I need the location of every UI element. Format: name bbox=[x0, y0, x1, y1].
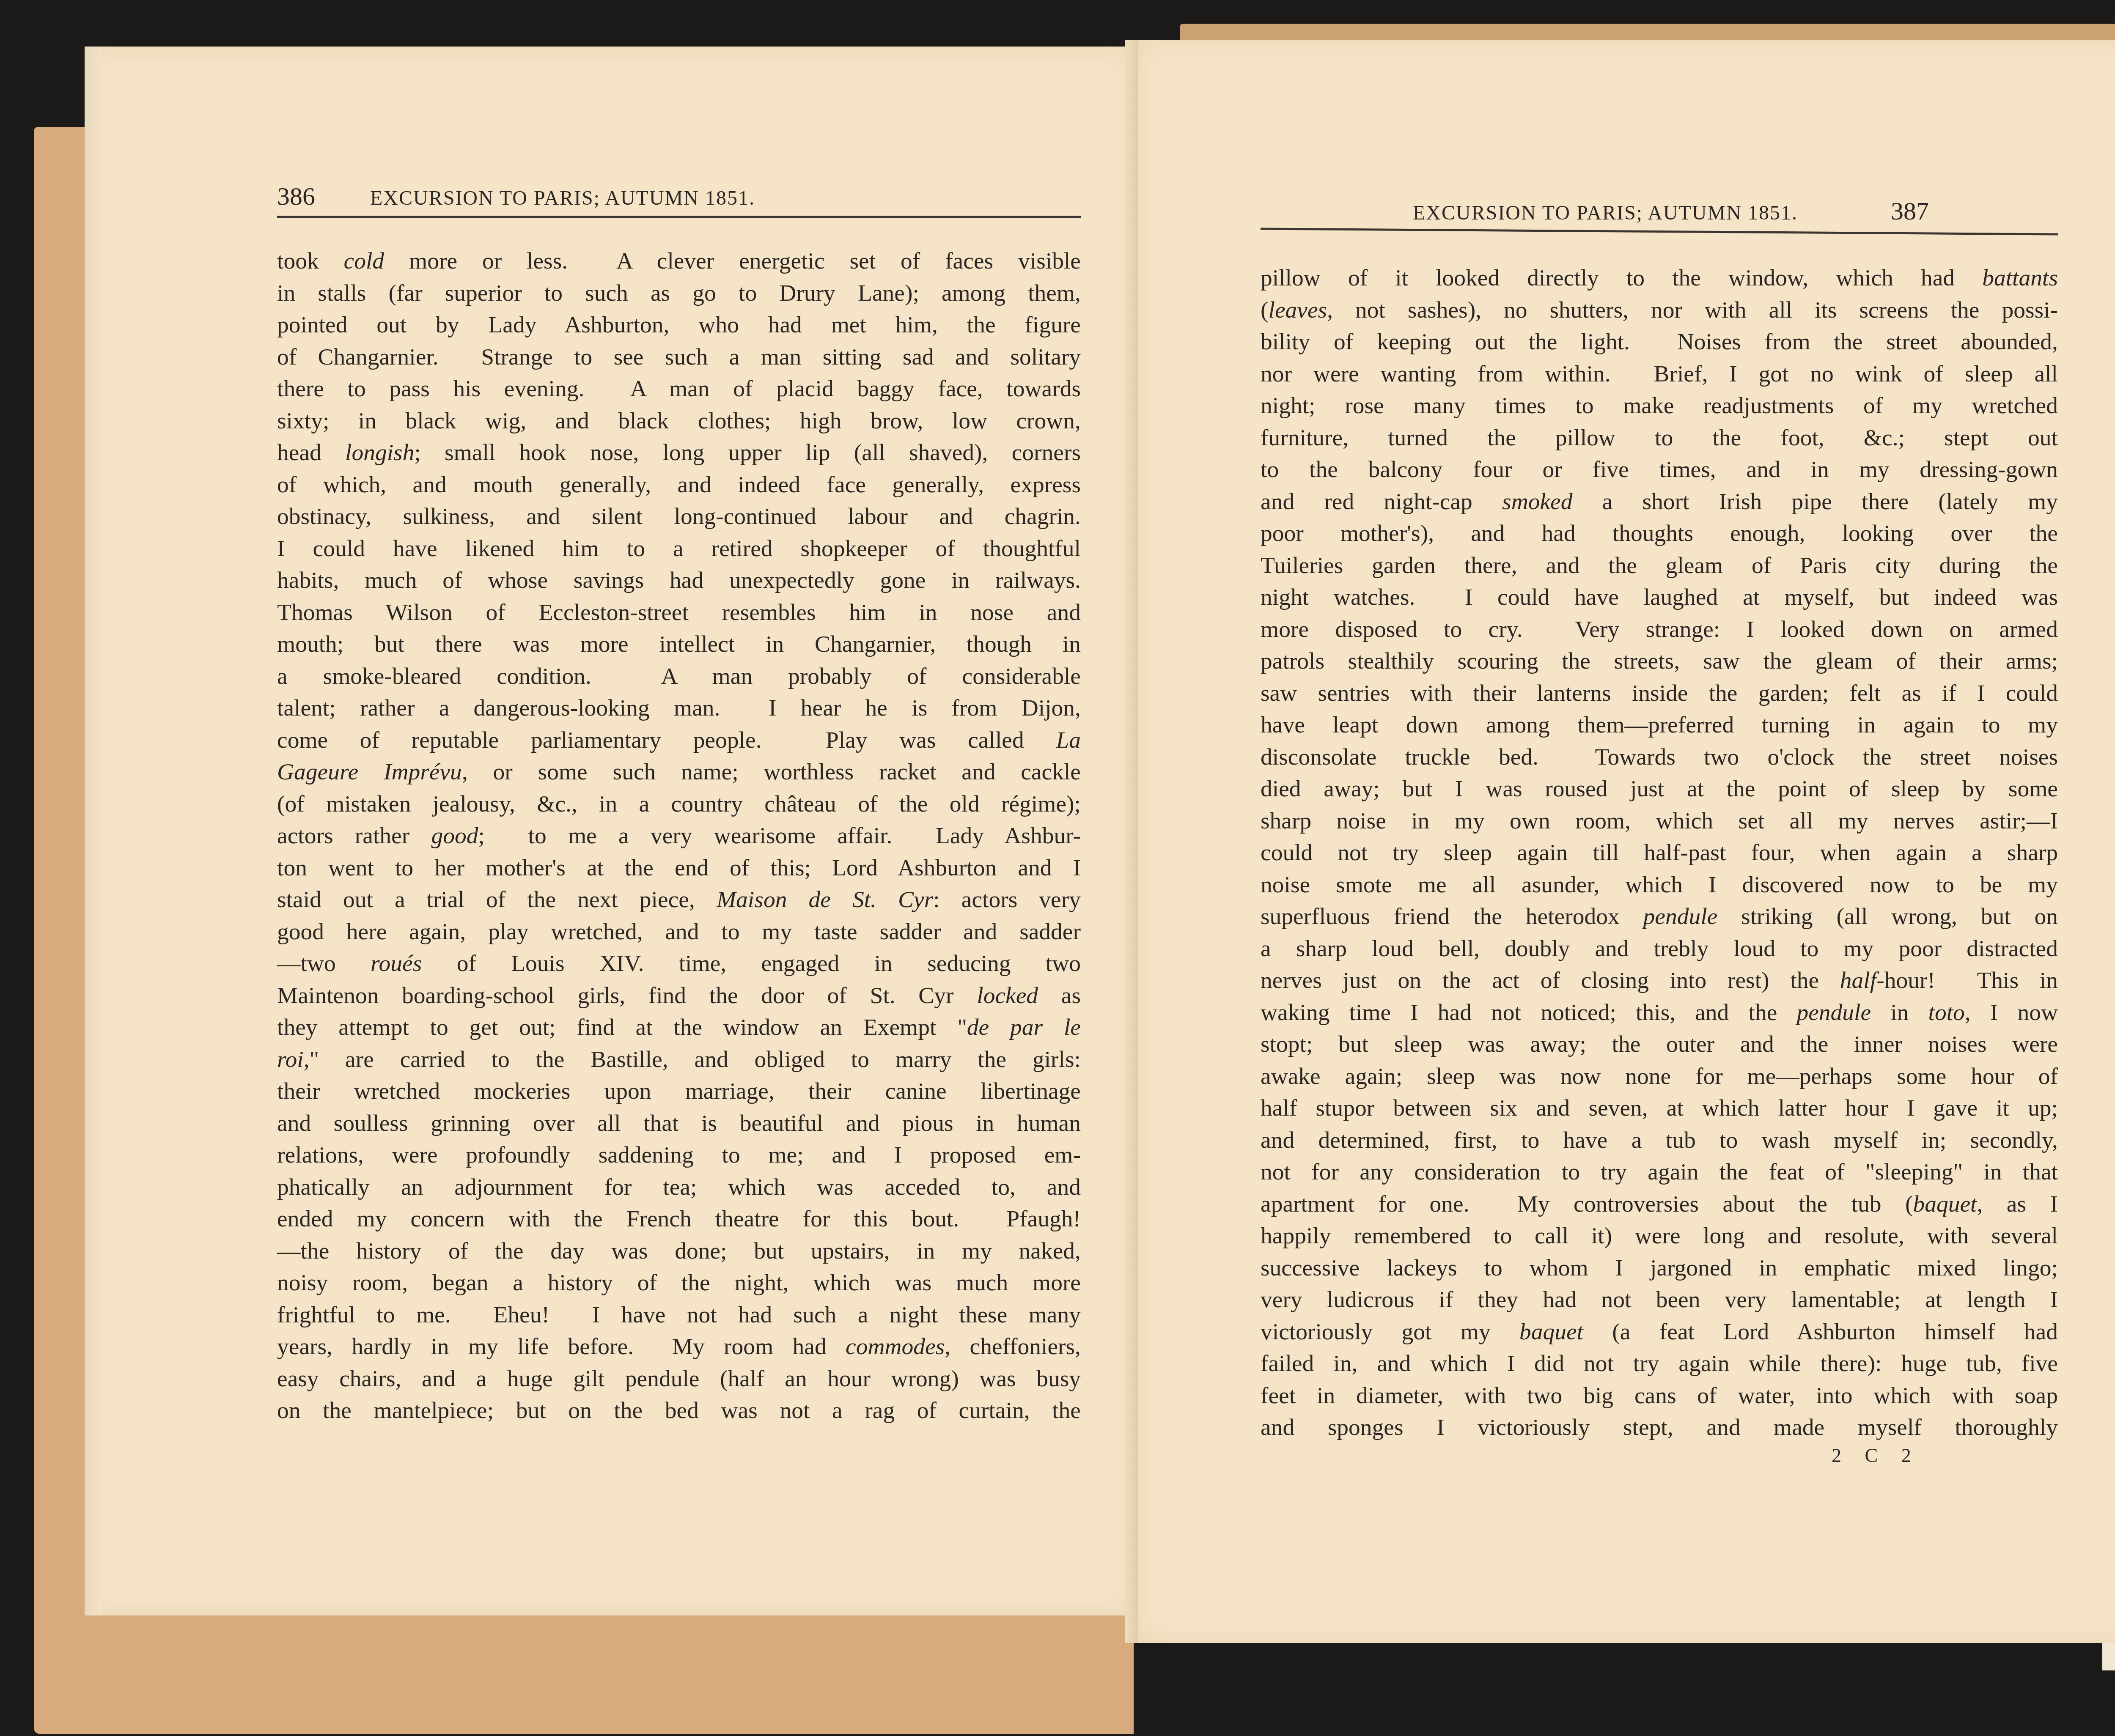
text-segment: poor mother's), and had thoughts enough,… bbox=[1261, 521, 2058, 546]
text-line: and determined, first, to have a tub to … bbox=[1261, 1124, 2058, 1157]
text-line: saw sentries with their lanterns inside … bbox=[1261, 677, 2058, 710]
text-segment: , as I bbox=[1977, 1191, 2058, 1217]
italic-text: pendule bbox=[1796, 1000, 1871, 1026]
text-line: noise smote me all asunder, which I disc… bbox=[1261, 869, 2058, 901]
text-line: ended my concern with the French theatre… bbox=[277, 1203, 1081, 1235]
text-segment: superfluous friend the heterodox bbox=[1261, 904, 1643, 930]
text-segment: could not try sleep again till half-past… bbox=[1261, 840, 2058, 866]
text-line: more disposed to cry. Very strange: I lo… bbox=[1261, 614, 2058, 646]
text-segment: years, hardly in my life before. My room… bbox=[277, 1334, 846, 1360]
italic-text: locked bbox=[977, 983, 1038, 1009]
text-line: a smoke-bleared condition. A man probabl… bbox=[277, 661, 1081, 693]
text-line: night; rose many times to make readjustm… bbox=[1261, 390, 2058, 422]
text-line: could not try sleep again till half-past… bbox=[1261, 837, 2058, 869]
text-line: good here again, play wretched, and to m… bbox=[277, 916, 1081, 948]
text-segment: habits, much of whose savings had unexpe… bbox=[277, 568, 1081, 593]
text-line: patrols stealthily scouring the streets,… bbox=[1261, 645, 2058, 677]
text-line: waking time I had not noticed; this, and… bbox=[1261, 997, 2058, 1029]
text-line: mouth; but there was more intellect in C… bbox=[277, 628, 1081, 661]
text-segment: come of reputable parliamentary people. … bbox=[277, 727, 1056, 753]
text-segment: failed in, and which I did not try again… bbox=[1261, 1351, 2058, 1377]
text-line: staid out a trial of the next piece, Mai… bbox=[277, 884, 1081, 916]
text-line: have leapt down among them—preferred tur… bbox=[1261, 709, 2058, 741]
text-line: stopt; but sleep was away; the outer and… bbox=[1261, 1028, 2058, 1061]
text-segment: —the history of the day was done; but up… bbox=[277, 1238, 1081, 1264]
text-line: successive lackeys to whom I jargoned in… bbox=[1261, 1252, 2058, 1284]
text-segment: awake again; sleep was now none for me—p… bbox=[1261, 1064, 2058, 1089]
text-segment: easy chairs, and a huge gilt pendule (ha… bbox=[277, 1366, 1081, 1392]
text-segment: and red night-cap bbox=[1261, 489, 1502, 515]
text-segment: of Changarnier. Strange to see such a ma… bbox=[277, 344, 1081, 370]
italic-text: La bbox=[1056, 727, 1081, 753]
text-segment: (a feat Lord Ashburton himself had bbox=[1583, 1319, 2058, 1345]
text-segment: head bbox=[277, 440, 345, 466]
left-page-body: took cold more or less. A clever energet… bbox=[277, 245, 1081, 1427]
text-segment: ; to me a very wearisome affair. Lady As… bbox=[478, 823, 1081, 849]
text-segment: talent; rather a dangerous-looking man. … bbox=[277, 695, 1081, 721]
text-segment: victoriously got my bbox=[1261, 1319, 1519, 1345]
page-number: 387 bbox=[1891, 197, 1929, 226]
text-line: habits, much of whose savings had unexpe… bbox=[277, 565, 1081, 597]
italic-text: pendule bbox=[1643, 904, 1718, 930]
text-segment: I could have likened him to a retired sh… bbox=[277, 536, 1081, 562]
text-segment: disconsolate truckle bed. Towards two o'… bbox=[1261, 744, 2058, 770]
text-segment: phatically an adjournment for tea; which… bbox=[277, 1174, 1081, 1200]
text-line: obstinacy, sulkiness, and silent long-co… bbox=[277, 501, 1081, 533]
text-segment: noisy room, began a history of the night… bbox=[277, 1270, 1081, 1296]
text-segment: relations, were profoundly saddening to … bbox=[277, 1142, 1081, 1168]
text-segment: a sharp loud bell, doubly and trebly lou… bbox=[1261, 936, 2058, 962]
text-line: pillow of it looked directly to the wind… bbox=[1261, 262, 2058, 294]
text-segment: ( bbox=[1261, 297, 1268, 323]
italic-text: smoked bbox=[1502, 489, 1572, 515]
text-segment: pointed out by Lady Ashburton, who had m… bbox=[277, 312, 1081, 338]
text-segment: Maintenon boarding-school girls, find th… bbox=[277, 983, 977, 1009]
text-segment: and sponges I victoriously stept, and ma… bbox=[1261, 1415, 2058, 1440]
text-line: of which, and mouth generally, and indee… bbox=[277, 469, 1081, 501]
left-running-head: 386 EXCURSION TO PARIS; AUTUMN 1851. bbox=[277, 182, 755, 211]
text-line: phatically an adjournment for tea; which… bbox=[277, 1171, 1081, 1204]
italic-text: roi bbox=[277, 1047, 304, 1072]
italic-text: cold bbox=[344, 248, 385, 274]
text-segment: (of mistaken jealousy, &c., in a country… bbox=[277, 791, 1081, 817]
text-segment: of which, and mouth generally, and indee… bbox=[277, 472, 1081, 498]
text-line: not for any consideration to try again t… bbox=[1261, 1156, 2058, 1188]
text-line: poor mother's), and had thoughts enough,… bbox=[1261, 518, 2058, 550]
text-segment: night watches. I could have laughed at m… bbox=[1261, 584, 2058, 610]
text-line: apartment for one. My controversies abou… bbox=[1261, 1188, 2058, 1220]
text-line: to the balcony four or five times, and i… bbox=[1261, 454, 2058, 486]
text-segment: mouth; but there was more intellect in C… bbox=[277, 631, 1081, 657]
header-rule bbox=[1261, 228, 2058, 235]
text-line: —two roués of Louis XIV. time, engaged i… bbox=[277, 948, 1081, 980]
text-segment: ; small hook nose, long upper lip (all s… bbox=[414, 440, 1081, 466]
italic-text: good bbox=[431, 823, 478, 849]
italic-text: half bbox=[1840, 968, 1876, 993]
text-segment: good here again, play wretched, and to m… bbox=[277, 919, 1081, 945]
text-line: their wretched mockeries upon marriage, … bbox=[277, 1075, 1081, 1108]
text-segment: ended my concern with the French theatre… bbox=[277, 1206, 1081, 1232]
text-segment: more or less. A clever energetic set of … bbox=[384, 248, 1081, 274]
left-page: 386 EXCURSION TO PARIS; AUTUMN 1851. too… bbox=[85, 47, 1134, 1615]
text-line: nerves just on the act of closing into r… bbox=[1261, 965, 2058, 997]
text-segment: have leapt down among them—preferred tur… bbox=[1261, 712, 2058, 738]
text-segment: feet in diameter, with two big cans of w… bbox=[1261, 1383, 2058, 1409]
text-segment: obstinacy, sulkiness, and silent long-co… bbox=[277, 504, 1081, 529]
italic-text: leaves bbox=[1268, 297, 1327, 323]
italic-text: longish bbox=[345, 440, 414, 466]
text-line: sharp noise in my own room, which set al… bbox=[1261, 805, 2058, 837]
text-line: a sharp loud bell, doubly and trebly lou… bbox=[1261, 933, 2058, 965]
text-segment: furniture, turned the pillow to the foot… bbox=[1261, 425, 2058, 451]
text-segment: noise smote me all asunder, which I disc… bbox=[1261, 872, 2058, 898]
text-segment: waking time I had not noticed; this, and… bbox=[1261, 1000, 1796, 1026]
text-segment: staid out a trial of the next piece, bbox=[277, 887, 717, 913]
right-running-head: EXCURSION TO PARIS; AUTUMN 1851. 387 bbox=[1413, 197, 1929, 226]
text-segment: as bbox=[1038, 983, 1081, 1009]
text-line: nor were wanting from within. Brief, I g… bbox=[1261, 358, 2058, 390]
text-line: disconsolate truckle bed. Towards two o'… bbox=[1261, 741, 2058, 773]
text-line: in stalls (far superior to such as go to… bbox=[277, 277, 1081, 310]
italic-text: baquet bbox=[1519, 1319, 1583, 1345]
italic-text: battants bbox=[1982, 265, 2058, 291]
text-segment: died away; but I was roused just at the … bbox=[1261, 776, 2058, 802]
text-line: ton went to her mother's at the end of t… bbox=[277, 852, 1081, 884]
italic-text: de par le bbox=[967, 1015, 1081, 1040]
text-line: —the history of the day was done; but up… bbox=[277, 1235, 1081, 1267]
text-segment: very ludicrous if they had not been very… bbox=[1261, 1287, 2058, 1313]
text-line: on the mantelpiece; but on the bed was n… bbox=[277, 1395, 1081, 1427]
text-segment: more disposed to cry. Very strange: I lo… bbox=[1261, 617, 2058, 642]
text-line: head longish; small hook nose, long uppe… bbox=[277, 437, 1081, 469]
text-segment: took bbox=[277, 248, 344, 274]
text-line: Gageure Imprévu, or some such name; wort… bbox=[277, 756, 1081, 788]
text-segment: striking (all wrong, but on bbox=[1717, 904, 2058, 930]
text-segment: , I now bbox=[1965, 1000, 2058, 1026]
text-line: (of mistaken jealousy, &c., in a country… bbox=[277, 788, 1081, 820]
text-segment: of Louis XIV. time, engaged in seducing … bbox=[422, 951, 1081, 976]
text-segment: not for any consideration to try again t… bbox=[1261, 1159, 2058, 1185]
text-line: they attempt to get out; find at the win… bbox=[277, 1012, 1081, 1044]
italic-text: toto bbox=[1928, 1000, 1964, 1026]
page-number: 386 bbox=[277, 182, 315, 211]
text-line: half stupor between six and seven, at wh… bbox=[1261, 1092, 2058, 1124]
text-segment: a smoke-bleared condition. A man probabl… bbox=[277, 664, 1081, 689]
text-segment: apartment for one. My controversies abou… bbox=[1261, 1191, 1913, 1217]
text-segment: to the balcony four or five times, and i… bbox=[1261, 457, 2058, 483]
italic-text: Maison de St. Cyr bbox=[717, 887, 933, 913]
text-line: victoriously got my baquet (a feat Lord … bbox=[1261, 1316, 2058, 1348]
text-segment: a short Irish pipe there (lately my bbox=[1572, 489, 2058, 515]
text-line: come of reputable parliamentary people. … bbox=[277, 724, 1081, 757]
text-segment: actors rather bbox=[277, 823, 431, 849]
running-head-title: EXCURSION TO PARIS; AUTUMN 1851. bbox=[370, 186, 755, 210]
text-segment: and determined, first, to have a tub to … bbox=[1261, 1127, 2058, 1153]
text-segment: Tuileries garden there, and the gleam of… bbox=[1261, 553, 2058, 579]
text-line: of Changarnier. Strange to see such a ma… bbox=[277, 341, 1081, 373]
text-segment: stopt; but sleep was away; the outer and… bbox=[1261, 1031, 2058, 1057]
text-segment: they attempt to get out; find at the win… bbox=[277, 1015, 967, 1040]
text-segment: -hour! This in bbox=[1876, 968, 2058, 993]
text-segment: their wretched mockeries upon marriage, … bbox=[277, 1078, 1081, 1104]
text-segment: sixty; in black wig, and black clothes; … bbox=[277, 408, 1081, 434]
text-segment: half stupor between six and seven, at wh… bbox=[1261, 1095, 2058, 1121]
text-segment: ," are carried to the Bastille, and obli… bbox=[304, 1047, 1081, 1072]
text-segment: happily remembered to call it) were long… bbox=[1261, 1223, 2058, 1249]
text-line: superfluous friend the heterodox pendule… bbox=[1261, 901, 2058, 933]
running-head-title: EXCURSION TO PARIS; AUTUMN 1851. bbox=[1413, 201, 1798, 225]
text-segment: , or some such name; worthless racket an… bbox=[462, 759, 1081, 785]
text-segment: on the mantelpiece; but on the bed was n… bbox=[277, 1398, 1081, 1423]
text-line: I could have likened him to a retired sh… bbox=[277, 533, 1081, 565]
header-rule bbox=[277, 216, 1081, 218]
text-line: awake again; sleep was now none for me—p… bbox=[1261, 1061, 2058, 1093]
text-line: night watches. I could have laughed at m… bbox=[1261, 581, 2058, 614]
text-segment: nor were wanting from within. Brief, I g… bbox=[1261, 361, 2058, 387]
signature-mark: 2 C 2 bbox=[1832, 1444, 1920, 1467]
text-line: sixty; in black wig, and black clothes; … bbox=[277, 405, 1081, 437]
text-segment: sharp noise in my own room, which set al… bbox=[1261, 808, 2058, 834]
text-segment: Thomas Wilson of Eccleston-street resemb… bbox=[277, 600, 1081, 625]
text-line: (leaves, not sashes), no shutters, nor w… bbox=[1261, 294, 2058, 326]
text-line: talent; rather a dangerous-looking man. … bbox=[277, 692, 1081, 724]
text-segment: patrols stealthily scouring the streets,… bbox=[1261, 648, 2058, 674]
right-page-body: pillow of it looked directly to the wind… bbox=[1261, 262, 2058, 1444]
text-segment: successive lackeys to whom I jargoned in… bbox=[1261, 1255, 2058, 1281]
text-segment: in bbox=[1871, 1000, 1928, 1026]
text-segment: : actors very bbox=[933, 887, 1081, 913]
text-segment: —two bbox=[277, 951, 371, 976]
text-line: actors rather good; to me a very weariso… bbox=[277, 820, 1081, 852]
italic-text: commodes bbox=[846, 1334, 945, 1360]
text-line: and sponges I victoriously stept, and ma… bbox=[1261, 1412, 2058, 1444]
italic-text: Gageure Imprévu bbox=[277, 759, 462, 785]
text-line: died away; but I was roused just at the … bbox=[1261, 773, 2058, 805]
text-line: there to pass his evening. A man of plac… bbox=[277, 373, 1081, 405]
text-line: furniture, turned the pillow to the foot… bbox=[1261, 422, 2058, 454]
text-line: and soulless grinning over all that is b… bbox=[277, 1108, 1081, 1140]
text-segment: night; rose many times to make readjustm… bbox=[1261, 393, 2058, 419]
text-segment: there to pass his evening. A man of plac… bbox=[277, 376, 1081, 402]
text-line: bility of keeping out the light. Noises … bbox=[1261, 326, 2058, 358]
text-line: feet in diameter, with two big cans of w… bbox=[1261, 1380, 2058, 1412]
text-segment: frightful to me. Eheu! I have not had su… bbox=[277, 1302, 1081, 1328]
text-segment: saw sentries with their lanterns inside … bbox=[1261, 680, 2058, 706]
text-segment: nerves just on the act of closing into r… bbox=[1261, 968, 1840, 993]
text-segment: , cheffoniers, bbox=[945, 1334, 1081, 1360]
text-segment: ton went to her mother's at the end of t… bbox=[277, 855, 1081, 881]
right-page: EXCURSION TO PARIS; AUTUMN 1851. 387 pil… bbox=[1138, 40, 2115, 1643]
text-line: failed in, and which I did not try again… bbox=[1261, 1348, 2058, 1380]
text-line: pointed out by Lady Ashburton, who had m… bbox=[277, 309, 1081, 341]
text-segment: pillow of it looked directly to the wind… bbox=[1261, 265, 1982, 291]
text-line: roi," are carried to the Bastille, and o… bbox=[277, 1044, 1081, 1076]
text-line: years, hardly in my life before. My room… bbox=[277, 1331, 1081, 1363]
text-line: noisy room, began a history of the night… bbox=[277, 1267, 1081, 1299]
text-line: Maintenon boarding-school girls, find th… bbox=[277, 980, 1081, 1012]
text-line: Tuileries garden there, and the gleam of… bbox=[1261, 550, 2058, 582]
text-line: and red night-cap smoked a short Irish p… bbox=[1261, 486, 2058, 518]
text-segment: , not sashes), no shutters, nor with all… bbox=[1327, 297, 2058, 323]
text-line: took cold more or less. A clever energet… bbox=[277, 245, 1081, 277]
italic-text: baquet bbox=[1913, 1191, 1977, 1217]
text-segment: and soulless grinning over all that is b… bbox=[277, 1111, 1081, 1136]
text-line: relations, were profoundly saddening to … bbox=[277, 1139, 1081, 1171]
text-segment: bility of keeping out the light. Noises … bbox=[1261, 329, 2058, 355]
text-line: very ludicrous if they had not been very… bbox=[1261, 1284, 2058, 1316]
text-segment: in stalls (far superior to such as go to… bbox=[277, 280, 1081, 306]
text-line: frightful to me. Eheu! I have not had su… bbox=[277, 1299, 1081, 1331]
text-line: happily remembered to call it) were long… bbox=[1261, 1220, 2058, 1252]
text-line: Thomas Wilson of Eccleston-street resemb… bbox=[277, 597, 1081, 629]
text-line: easy chairs, and a huge gilt pendule (ha… bbox=[277, 1363, 1081, 1395]
italic-text: roués bbox=[371, 951, 422, 976]
